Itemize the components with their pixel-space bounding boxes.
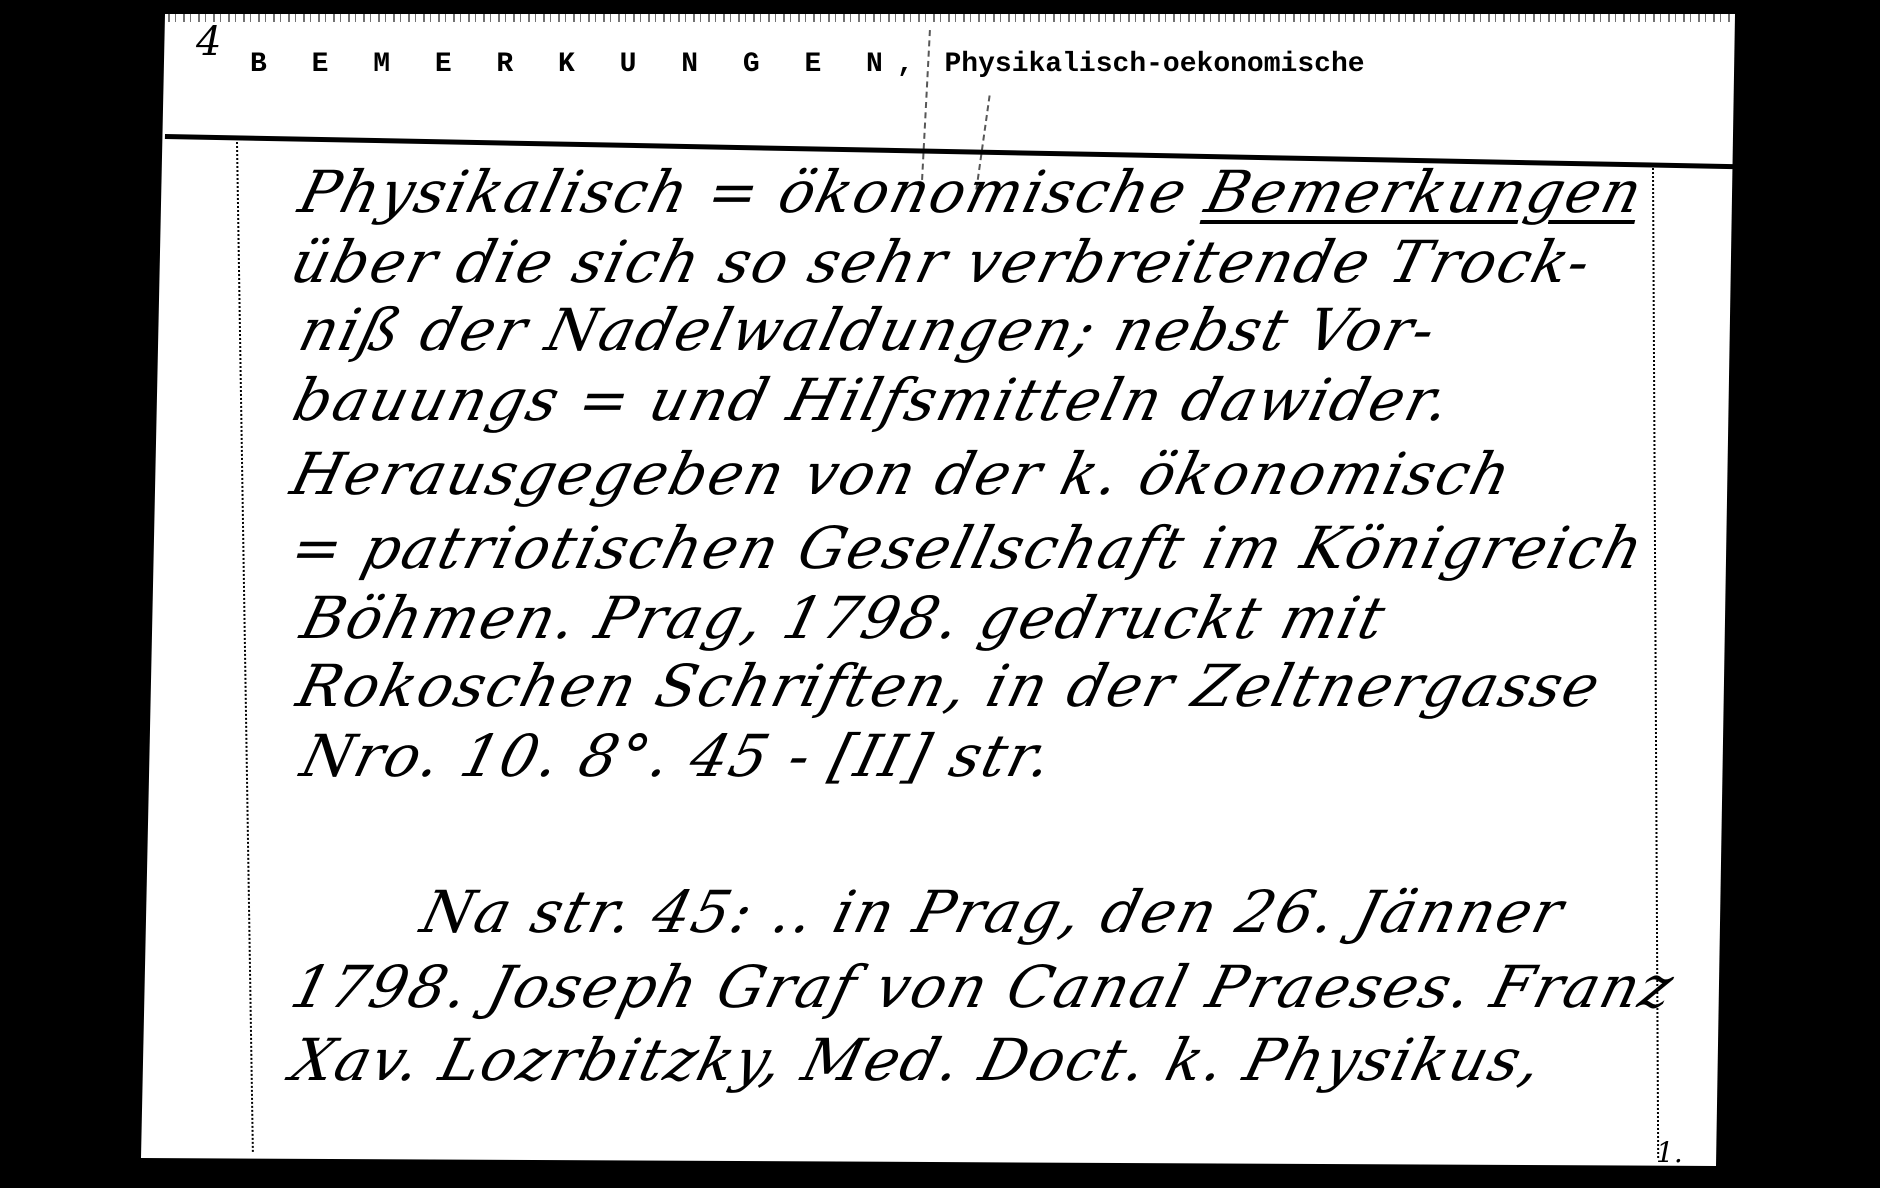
scan-background: 4 B E M E R K U N G E N, Physikalisch-oe… bbox=[0, 0, 1880, 1188]
entry-line: über die sich so sehr verbreitende Trock… bbox=[285, 230, 1599, 294]
note-line: Xav. Lozrbitzky, Med. Doct. k. Physikus, bbox=[285, 1028, 1550, 1092]
scan-noise-top bbox=[168, 14, 1733, 22]
note-line: 1798. Joseph Graf von Canal Praeses. Fra… bbox=[285, 955, 1681, 1019]
page-mark: 1. bbox=[1656, 1136, 1683, 1169]
corner-mark: 4 bbox=[196, 22, 221, 62]
entry-line: Herausgegeben von der k. ökonomisch bbox=[285, 442, 1519, 506]
entry-line: bauungs = und Hilfsmitteln dawider. bbox=[287, 368, 1458, 432]
title-keyword: Bemerkungen bbox=[1199, 158, 1651, 226]
entry-line: Rokoschen Schriften, in der Zeltnergasse bbox=[291, 654, 1608, 718]
title-prefix: Physikalisch = ökonomische bbox=[293, 158, 1196, 226]
entry-line-title: Physikalisch = ökonomische Bemerkungen bbox=[293, 160, 1650, 224]
heading-keyword: B E M E R K U N G E N, bbox=[250, 49, 928, 80]
note-line: Na str. 45: .. in Prag, den 26. Jänner bbox=[415, 880, 1571, 944]
entry-line: = patriotischen Gesellschaft im Königrei… bbox=[285, 516, 1651, 580]
entry-line: Böhmen. Prag, 1798. gedruckt mit bbox=[295, 586, 1393, 650]
card-heading: B E M E R K U N G E N, Physikalisch-oeko… bbox=[250, 50, 1365, 80]
entry-line: niß der Nadelwaldungen; nebst Vor- bbox=[293, 298, 1444, 362]
heading-subtitle: Physikalisch-oekonomische bbox=[944, 49, 1364, 80]
entry-line: Nro. 10. 8°. 45 - [II] str. bbox=[295, 724, 1060, 788]
